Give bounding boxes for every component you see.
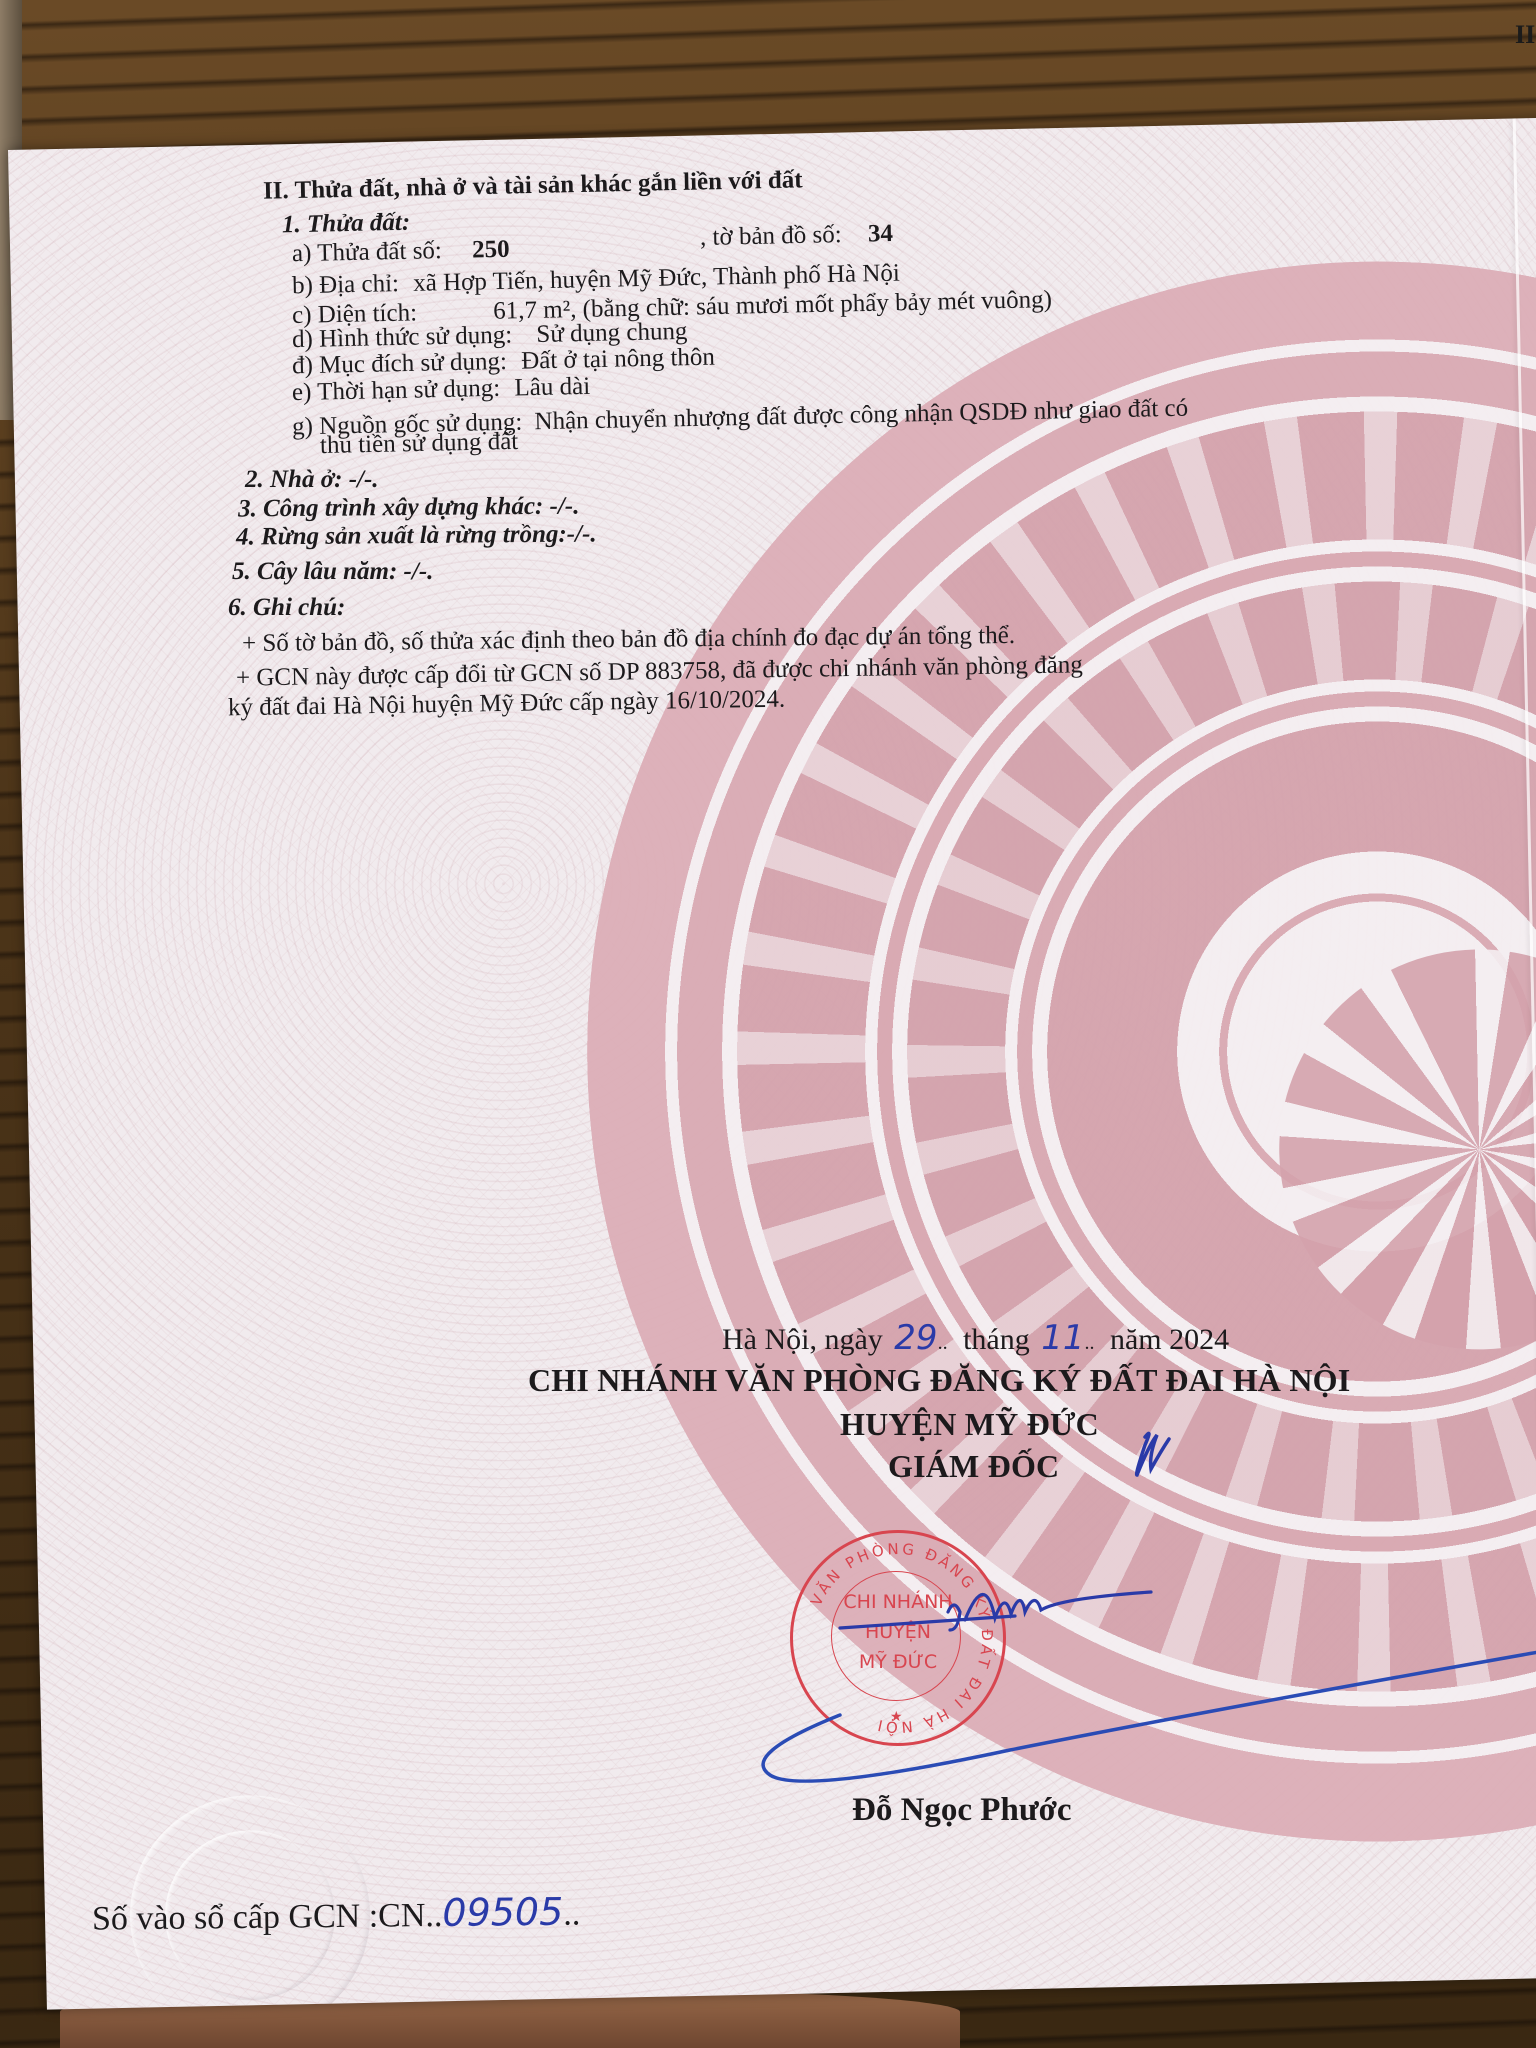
signature-underline-flourish xyxy=(763,1650,1536,1781)
initials-signature xyxy=(1137,1433,1169,1475)
director-signature xyxy=(840,1592,1151,1630)
signatures xyxy=(0,0,1536,2048)
